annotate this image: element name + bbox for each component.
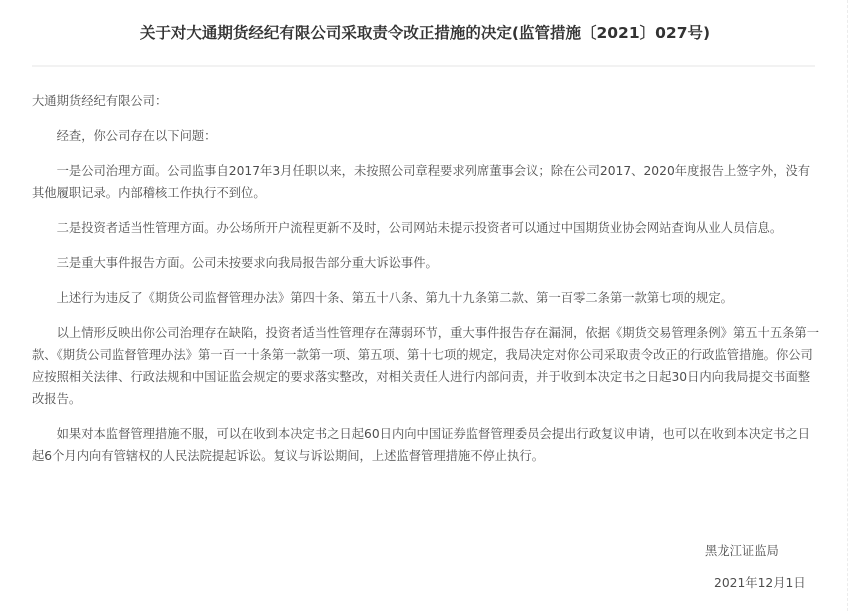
- paragraph-issue-reporting: 三是重大事件报告方面。公司未按要求向我局报告部分重大诉讼事件。: [32, 252, 820, 274]
- document-title: 关于对大通期货经纪有限公司采取责令改正措施的决定(监管措施〔2021〕027号): [0, 22, 850, 44]
- salutation: 大通期货经纪有限公司：: [32, 90, 820, 112]
- paragraph-violation: 上述行为违反了《期货公司监督管理办法》第四十条、第五十八条、第九十九条第二款、第…: [32, 287, 820, 309]
- paragraph-decision: 以上情形反映出你公司治理存在缺陷，投资者适当性管理存在薄弱环节，重大事件报告存在…: [32, 322, 820, 410]
- signature-organization: 黑龙江证监局: [705, 540, 779, 562]
- document-page: 关于对大通期货经纪有限公司采取责令改正措施的决定(监管措施〔2021〕027号)…: [0, 0, 848, 611]
- document-body: 大通期货经纪有限公司： 经查，你公司存在以下问题： 一是公司治理方面。公司监事自…: [32, 90, 820, 480]
- title-separator: [32, 65, 815, 67]
- paragraph-appeal: 如果对本监督管理措施不服，可以在收到本决定书之日起60日内向中国证券监督管理委员…: [32, 423, 820, 467]
- paragraph-intro: 经查，你公司存在以下问题：: [32, 125, 820, 147]
- paragraph-issue-suitability: 二是投资者适当性管理方面。办公场所开户流程更新不及时，公司网站未提示投资者可以通…: [32, 217, 820, 239]
- paragraph-issue-governance: 一是公司治理方面。公司监事自2017年3月任职以来，未按照公司章程要求列席董事会…: [32, 160, 820, 204]
- signature-date: 2021年12月1日: [714, 572, 806, 594]
